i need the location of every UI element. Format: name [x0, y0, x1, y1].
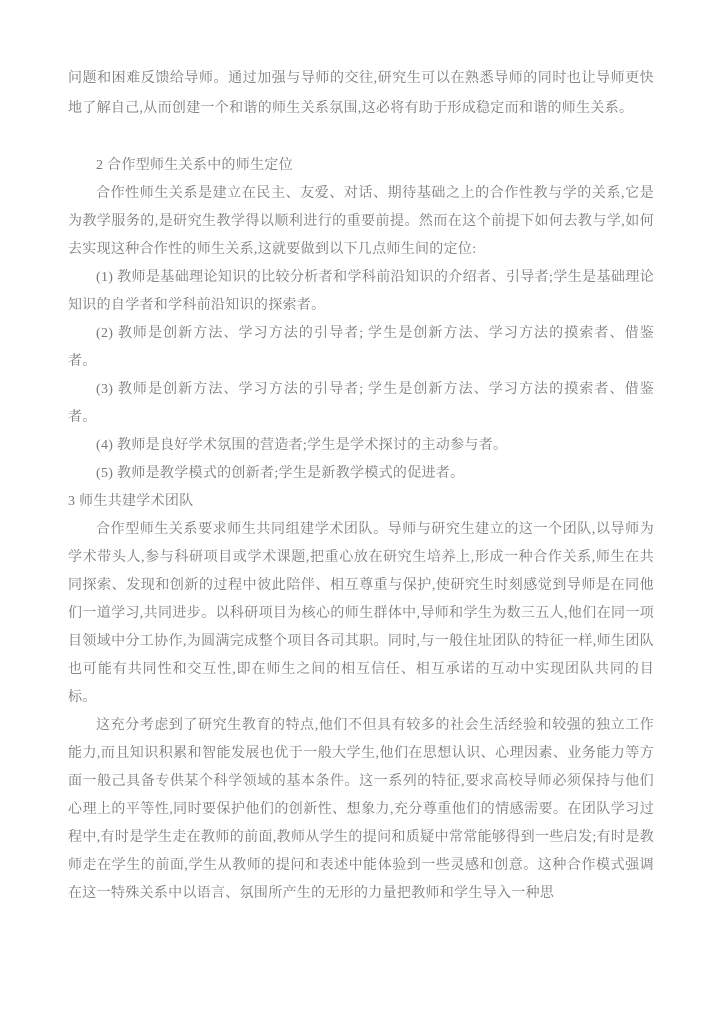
paragraph-section2-intro: 合作性师生关系是建立在民主、友爱、对话、期待基础之上的合作性教与学的关系,它是为…	[68, 180, 654, 264]
list-item-5: (5) 教师是教学模式的创新者;学生是新教学模式的促进者。	[68, 460, 654, 488]
list-item-2: (2) 教师是创新方法、学习方法的引导者; 学生是创新方法、学习方法的摸索者、借…	[68, 320, 654, 376]
page-content: 问题和困难反馈给导师。通过加强与导师的交往,研究生可以在熟悉导师的同时也让导师更…	[68, 64, 654, 908]
section-heading-2: 2 合作型师生关系中的师生定位	[68, 152, 654, 180]
list-item-4: (4) 教师是良好学术氛围的营造者;学生是学术探讨的主动参与者。	[68, 432, 654, 460]
paragraph-section3-characteristics: 这充分考虑到了研究生教育的特点,他们不但具有较多的社会生活经验和较强的独立工作能…	[68, 712, 654, 908]
paragraph-section3-team: 合作型师生关系要求师生共同组建学术团队。导师与研究生建立的这一个团队,以导师为学…	[68, 516, 654, 712]
list-item-1: (1) 教师是基础理论知识的比较分析者和学科前沿知识的介绍者、引导者;学生是基础…	[68, 264, 654, 320]
document-page: 问题和困难反馈给导师。通过加强与导师的交往,研究生可以在熟悉导师的同时也让导师更…	[0, 0, 720, 1018]
section-heading-3: 3 师生共建学术团队	[68, 488, 654, 516]
list-item-3: (3) 教师是创新方法、学习方法的引导者; 学生是创新方法、学习方法的摸索者、借…	[68, 376, 654, 432]
paragraph-continued-from-previous-page: 问题和困难反馈给导师。通过加强与导师的交往,研究生可以在熟悉导师的同时也让导师更…	[68, 64, 654, 124]
